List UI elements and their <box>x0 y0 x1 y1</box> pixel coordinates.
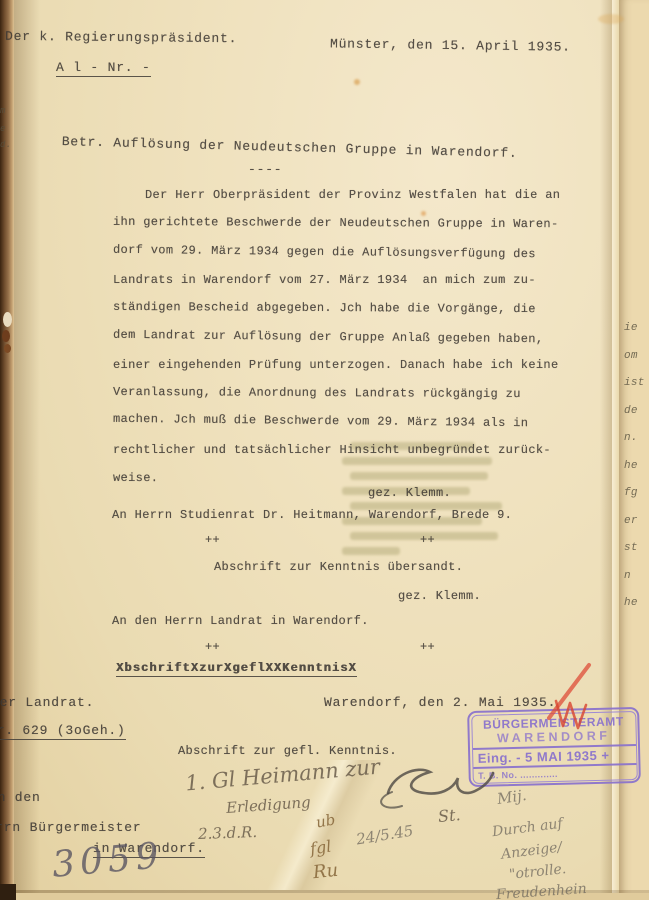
binding-stain <box>2 330 10 342</box>
edge-text-fragment: n. <box>624 432 638 444</box>
edge-text-fragment: d. <box>0 140 11 150</box>
handwritten-note-3: 2.3.d.R. <box>198 823 258 843</box>
sender-line: Der k. Regierungspräsident. <box>5 29 237 46</box>
handwritten-note-2: Erledigung <box>225 793 311 817</box>
handwritten-note-1: 1. Gl Heimann zur <box>184 755 380 796</box>
handwritten-date-note: 24/5.45 <box>355 822 415 849</box>
paper-chip <box>3 312 12 327</box>
body-line: Der Herr Oberpräsident der Provinz Westf… <box>145 188 560 202</box>
handwritten-registry-number: 3059 <box>50 835 165 886</box>
edge-text-fragment: fg <box>624 487 638 499</box>
edge-text-fragment: de <box>624 405 638 417</box>
ink-signature-flourish <box>381 792 402 808</box>
edge-text-fragment: e <box>0 124 6 134</box>
addressee-heitmann: An Herrn Studienrat Dr. Heitmann, Warend… <box>112 508 512 522</box>
ink-bleedthrough <box>338 442 543 567</box>
body-line: ihn gerichtete Beschwerde der Neudeutsch… <box>113 215 559 231</box>
stamp-received-date: Eing. - 5 MAI 1935 + <box>473 744 636 769</box>
scanned-letter-page: ieomistden.hefgerstnhe med. Der k. Regie… <box>0 0 649 900</box>
edge-text-fragment: ist <box>624 377 645 389</box>
binding-shadow <box>14 0 40 900</box>
body-line: Veranlassung, die Anordnung des Landrats… <box>113 385 521 401</box>
addressee-landrat: An den Herrn Landrat in Warendorf. <box>112 614 369 628</box>
edge-text-fragment: er <box>624 515 638 527</box>
foxing-spot <box>354 79 360 85</box>
edge-text-fragment: n <box>624 570 631 582</box>
stamp-place: WARENDORF <box>472 728 635 746</box>
body-line: weise. <box>113 471 158 485</box>
handwritten-pencil-1: Mij. <box>496 786 528 808</box>
forwarding-dateline: Warendorf, den 2. Mai 1935. <box>324 695 556 710</box>
edge-text-fragment: he <box>624 597 638 609</box>
plus-marks: ++ <box>205 533 220 547</box>
handwritten-mark: St. <box>437 805 461 826</box>
edge-text-fragment: m <box>0 106 6 116</box>
plus-marks: ++ <box>420 533 435 547</box>
subject-line: Betr. Auflösung der Neudeutschen Gruppe … <box>62 134 518 161</box>
forwarding-reference: Nr. 629 (3oGeh.) <box>0 723 126 740</box>
handwritten-initials-1: ub <box>315 810 337 831</box>
forwarding-sender: Der Landrat. <box>0 695 94 710</box>
foxing-spot <box>421 211 426 216</box>
struck-out-line: XbschriftXzurXgeflXXKenntnisX <box>116 661 357 677</box>
handwritten-pencil-5: Freudenhein <box>496 881 588 900</box>
edge-text-fragment: st <box>624 542 638 554</box>
body-line: einer eingehenden Prüfung unterzogen. Da… <box>113 358 559 372</box>
body-line: dorf vom 29. März 1934 gegen die Auflösu… <box>113 242 536 260</box>
body-line: rechtlicher und tatsächlicher Hinsicht u… <box>113 443 551 457</box>
handwritten-pencil-2: Durch auf <box>491 816 563 841</box>
bleedthrough-line <box>342 457 492 465</box>
body-line: dem Landrat zur Auflösung der Gruppe Anl… <box>113 327 544 346</box>
copy-note: Abschrift zur Kenntnis übersandt. <box>214 560 463 574</box>
handwritten-pencil-3: Anzeige/ <box>500 839 563 862</box>
plus-marks: ++ <box>205 640 220 654</box>
dateline: Münster, den 15. April 1935. <box>330 36 571 54</box>
edge-text-fragment: ie <box>624 322 638 334</box>
edge-text-fragment: he <box>624 460 638 472</box>
body-line: Landrats in Warendorf vom 27. März 1934 … <box>113 273 536 287</box>
edge-text-fragment: om <box>624 350 638 362</box>
binding-edge <box>0 0 14 900</box>
binding-stain <box>4 344 11 353</box>
copy-signature: gez. Klemm. <box>398 589 481 603</box>
body-line: machen. Jch muß die Beschwerde vom 29. M… <box>113 412 528 430</box>
foxing-spot <box>598 14 624 24</box>
corner-shadow <box>0 884 16 900</box>
plus-marks: ++ <box>420 640 435 654</box>
bleedthrough-line <box>342 547 400 555</box>
bleedthrough-line <box>350 472 488 480</box>
receipt-stamp: BÜRGERMEISTERAMT WARENDORF Eing. - 5 MAI… <box>467 707 641 787</box>
reference-number: A l - Nr. - <box>56 60 151 77</box>
handwritten-initials-2: fgl <box>309 837 333 859</box>
separator-dashes: ---- <box>248 162 282 177</box>
stamp-inner-border: BÜRGERMEISTERAMT WARENDORF Eing. - 5 MAI… <box>471 710 638 783</box>
handwritten-pencil-4: "otrolle. <box>508 861 567 883</box>
forwarding-addressee-2: Herrn Bürgermeister <box>0 820 141 835</box>
forwarding-addressee-1: An den <box>0 790 41 805</box>
handwritten-initials-3: Ru <box>312 860 339 884</box>
body-line: ständigen Bescheid abgegeben. Jch habe d… <box>113 300 536 316</box>
signature-line: gez. Klemm. <box>368 486 451 500</box>
